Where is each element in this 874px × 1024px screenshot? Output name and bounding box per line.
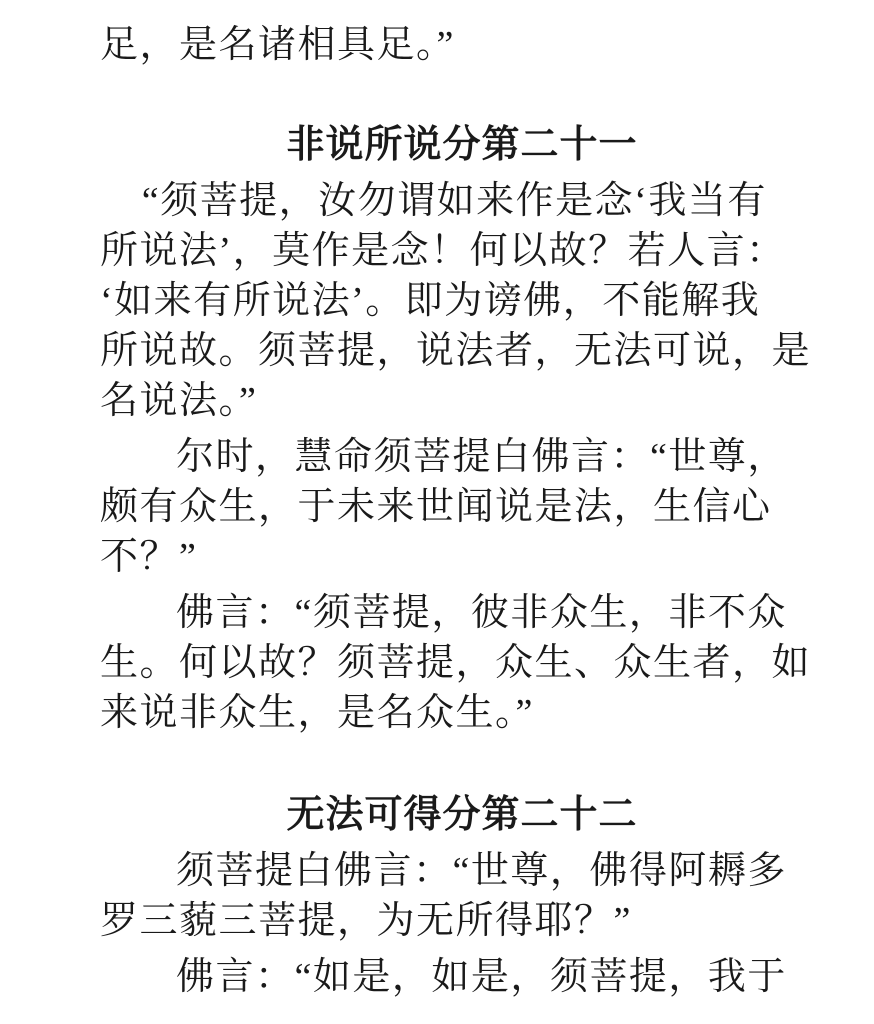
paragraph: 佛言：“如是，如是，须菩提，我于 — [100, 952, 824, 1002]
continuation-line: 足，是名诸相具足。” — [100, 20, 824, 70]
paragraph: 尔时，慧命须菩提白佛言：“世尊， 颇有众生，于未来世闻说是法，生信心 不？” — [100, 432, 824, 582]
document-page: 足，是名诸相具足。” 非说所说分第二十一 “须菩提，汝勿谓如来作是念‘我当有 所… — [0, 0, 874, 1024]
section-heading-21: 非说所说分第二十一 — [100, 120, 824, 170]
section-heading-22: 无法可得分第二十二 — [100, 790, 824, 840]
paragraph: 须菩提白佛言：“世尊，佛得阿耨多 罗三藐三菩提，为无所得耶？” — [100, 846, 824, 946]
paragraph: 佛言：“须菩提，彼非众生，非不众 生。何以故？须菩提，众生、众生者，如 来说非众… — [100, 588, 824, 738]
paragraph: “须菩提，汝勿谓如来作是念‘我当有 所说法’，莫作是念！何以故？若人言： ‘如来… — [100, 176, 824, 426]
